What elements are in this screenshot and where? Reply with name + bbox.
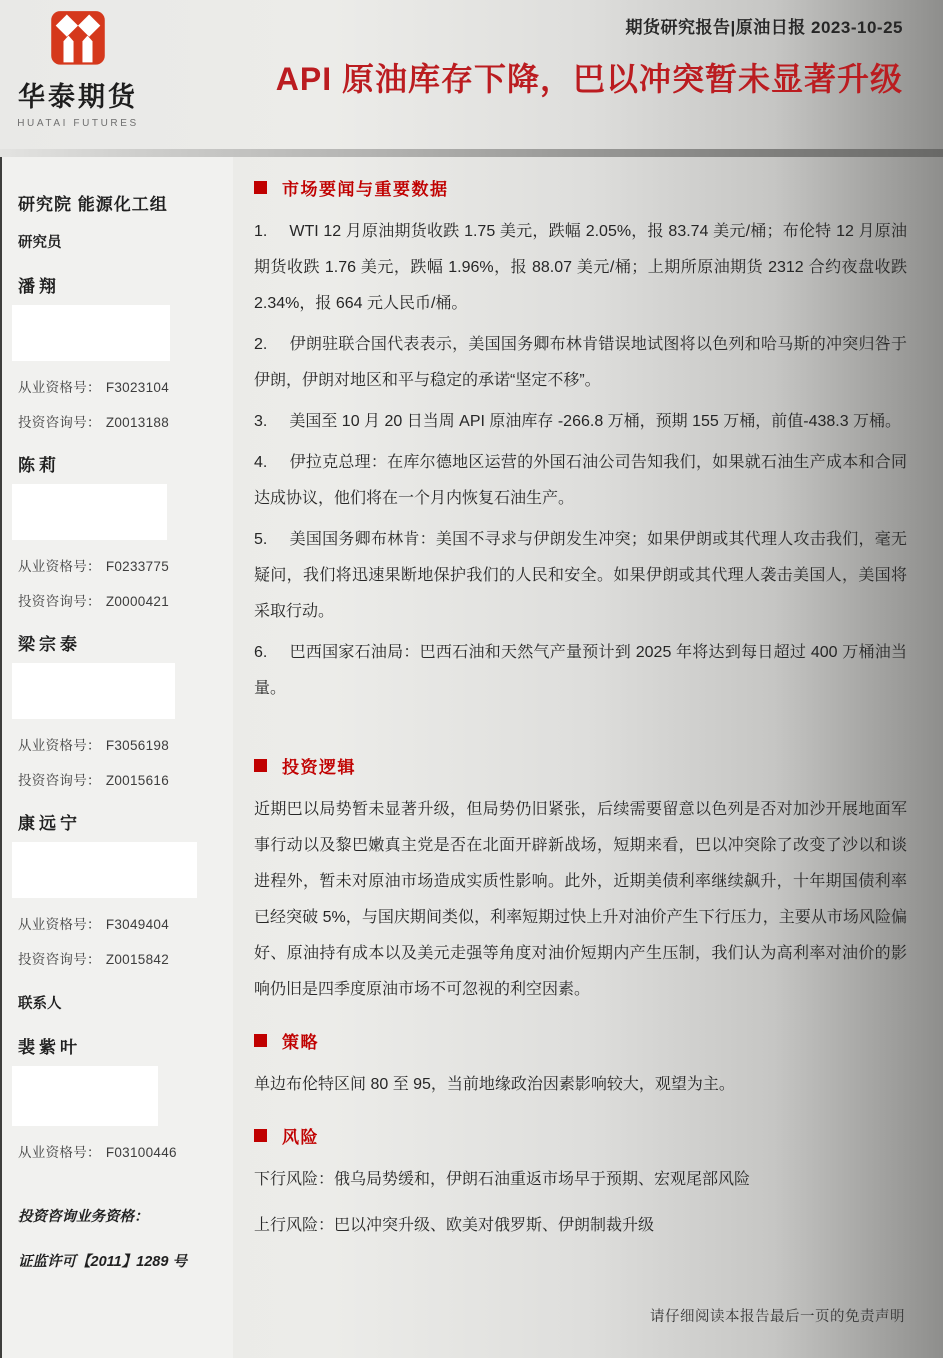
adv-label: 投资咨询号：: [18, 594, 101, 609]
cert-value: F3056198: [106, 738, 169, 753]
department-title: 研究院 能源化工组: [18, 190, 223, 215]
analyst-name: 潘翔: [18, 272, 223, 297]
downside-risk: 下行风险：俄乌局势缓和，伊朗石油重返市场早于预期、宏观尾部风险: [254, 1162, 907, 1198]
analyst-entry: 潘翔 从业资格号：F3023104 投资咨询号：Z0013188: [18, 272, 223, 431]
cert-label: 从业资格号：: [18, 917, 101, 932]
item-number: 6.: [254, 644, 289, 661]
qualification-title: 投资咨询业务资格：: [18, 1205, 223, 1226]
adv-value: Z0013188: [106, 415, 169, 430]
redacted-contact-box: [12, 484, 167, 540]
analyst-entry: 梁宗泰 从业资格号：F3056198 投资咨询号：Z0015616: [18, 630, 223, 789]
section-header: 风险: [254, 1123, 907, 1148]
section-title: 市场要闻与重要数据: [282, 175, 449, 200]
section-header: 投资逻辑: [254, 753, 907, 778]
role-researcher: 研究员: [18, 231, 223, 252]
section-market-news: 市场要闻与重要数据 1.WTI 12 月原油期货收跌 1.75 美元，跌幅 2.…: [254, 175, 907, 707]
analyst-entry: 康远宁 从业资格号：F3049404 投资咨询号：Z0015842: [18, 809, 223, 968]
strategy-paragraph: 单边布伦特区间 80 至 95，当前地缘政治因素影响较大，观望为主。: [254, 1067, 907, 1103]
analyst-name: 陈莉: [18, 451, 223, 476]
adv-value: Z0000421: [106, 594, 169, 609]
page-title: API 原油库存下降，巴以冲突暂未显著升级: [276, 54, 903, 100]
disclaimer-note: 请仔细阅读本报告最后一页的免责声明: [650, 1305, 905, 1326]
qualification-number: 证监许可【2011】1289 号: [18, 1250, 223, 1271]
item-text: WTI 12 月原油期货收跌 1.75 美元，跌幅 2.05%，报 83.74 …: [254, 223, 907, 312]
cert-label: 从业资格号：: [18, 559, 101, 574]
contact-entry: 裴紫叶 从业资格号：F03100446: [18, 1033, 223, 1161]
redacted-contact-box: [12, 1066, 158, 1126]
cert-row: 从业资格号：F3049404: [18, 913, 223, 933]
cert-row: 从业资格号：F3023104: [18, 376, 223, 396]
item-number: 5.: [254, 531, 289, 548]
report-page: 华泰期货 HUATAI FUTURES 期货研究报告|原油日报 2023-10-…: [0, 0, 943, 1358]
adv-label: 投资咨询号：: [18, 415, 101, 430]
item-number: 2.: [254, 336, 289, 353]
section-title: 策略: [282, 1028, 319, 1053]
item-text: 美国至 10 月 20 日当周 API 原油库存 -266.8 万桶，预期 15…: [289, 413, 901, 430]
cert-label: 从业资格号：: [18, 738, 101, 753]
section-header: 策略: [254, 1028, 907, 1053]
news-item: 1.WTI 12 月原油期货收跌 1.75 美元，跌幅 2.05%，报 83.7…: [254, 214, 907, 322]
huatai-logo-icon: [50, 10, 106, 68]
logo-name-en: HUATAI FUTURES: [16, 118, 140, 129]
adv-label: 投资咨询号：: [18, 952, 101, 967]
news-item: 2.伊朗驻联合国代表表示，美国国务卿布林肯错误地试图将以色列和哈马斯的冲突归咎于…: [254, 327, 907, 399]
cert-value: F0233775: [106, 559, 169, 574]
logo: 华泰期货 HUATAI FUTURES: [16, 10, 140, 129]
cert-label: 从业资格号：: [18, 1145, 101, 1160]
adv-row: 投资咨询号：Z0015616: [18, 769, 223, 789]
red-square-bullet-icon: [254, 759, 267, 772]
redacted-contact-box: [12, 663, 175, 719]
role-contact: 联系人: [18, 992, 223, 1013]
news-item: 5.美国国务卿布林肯：美国不寻求与伊朗发生冲突；如果伊朗或其代理人攻击我们，毫无…: [254, 522, 907, 630]
analyst-name: 康远宁: [18, 809, 223, 834]
adv-value: Z0015842: [106, 952, 169, 967]
news-item: 6.巴西国家石油局：巴西石油和天然气产量预计到 2025 年将达到每日超过 40…: [254, 635, 907, 707]
cert-value: F3023104: [106, 380, 169, 395]
item-text: 伊朗驻联合国代表表示，美国国务卿布林肯错误地试图将以色列和哈马斯的冲突归咎于伊朗…: [254, 336, 907, 389]
item-number: 4.: [254, 454, 289, 471]
logo-name-cn: 华泰期货: [16, 75, 140, 114]
cert-value: F3049404: [106, 917, 169, 932]
adv-row: 投资咨询号：Z0013188: [18, 411, 223, 431]
section-strategy: 策略 单边布伦特区间 80 至 95，当前地缘政治因素影响较大，观望为主。: [254, 1028, 907, 1103]
cert-label: 从业资格号：: [18, 380, 101, 395]
cert-row: 从业资格号：F3056198: [18, 734, 223, 754]
adv-row: 投资咨询号：Z0015842: [18, 948, 223, 968]
cert-row: 从业资格号：F0233775: [18, 555, 223, 575]
sidebar: 研究院 能源化工组 研究员 潘翔 从业资格号：F3023104 投资咨询号：Z0…: [2, 157, 233, 1358]
news-item: 4.伊拉克总理：在库尔德地区运营的外国石油公司告知我们，如果就石油生产成本和合同…: [254, 445, 907, 517]
analyst-name: 梁宗泰: [18, 630, 223, 655]
adv-row: 投资咨询号：Z0000421: [18, 590, 223, 610]
report-body: 市场要闻与重要数据 1.WTI 12 月原油期货收跌 1.75 美元，跌幅 2.…: [233, 157, 943, 1358]
adv-label: 投资咨询号：: [18, 773, 101, 788]
section-investment-logic: 投资逻辑 近期巴以局势暂未显著升级，但局势仍旧紧张，后续需要留意以色列是否对加沙…: [254, 753, 907, 1008]
upside-risk: 上行风险：巴以冲突升级、欧美对俄罗斯、伊朗制裁升级: [254, 1208, 907, 1244]
contact-name: 裴紫叶: [18, 1033, 223, 1058]
report-header: 华泰期货 HUATAI FUTURES 期货研究报告|原油日报 2023-10-…: [0, 0, 943, 149]
content: 研究院 能源化工组 研究员 潘翔 从业资格号：F3023104 投资咨询号：Z0…: [0, 157, 943, 1358]
redacted-contact-box: [12, 305, 170, 361]
report-type-date: 期货研究报告|原油日报 2023-10-25: [276, 13, 903, 38]
header-right: 期货研究报告|原油日报 2023-10-25 API 原油库存下降，巴以冲突暂未…: [276, 13, 903, 100]
item-text: 伊拉克总理：在库尔德地区运营的外国石油公司告知我们，如果就石油生产成本和合同达成…: [254, 454, 907, 507]
logic-paragraph: 近期巴以局势暂未显著升级，但局势仍旧紧张，后续需要留意以色列是否对加沙开展地面军…: [254, 792, 907, 1008]
item-text: 美国国务卿布林肯：美国不寻求与伊朗发生冲突；如果伊朗或其代理人攻击我们，毫无疑问…: [254, 531, 907, 620]
analyst-entry: 陈莉 从业资格号：F0233775 投资咨询号：Z0000421: [18, 451, 223, 610]
red-square-bullet-icon: [254, 181, 267, 194]
red-square-bullet-icon: [254, 1034, 267, 1047]
section-risk: 风险 下行风险：俄乌局势缓和，伊朗石油重返市场早于预期、宏观尾部风险 上行风险：…: [254, 1123, 907, 1244]
cert-value: F03100446: [106, 1145, 177, 1160]
section-title: 风险: [282, 1123, 319, 1148]
redacted-contact-box: [12, 842, 197, 898]
adv-value: Z0015616: [106, 773, 169, 788]
section-title: 投资逻辑: [282, 753, 356, 778]
section-header: 市场要闻与重要数据: [254, 175, 907, 200]
cert-row: 从业资格号：F03100446: [18, 1141, 223, 1161]
item-text: 巴西国家石油局：巴西石油和天然气产量预计到 2025 年将达到每日超过 400 …: [254, 644, 907, 697]
item-number: 1.: [254, 223, 289, 240]
item-number: 3.: [254, 413, 289, 430]
news-item: 3.美国至 10 月 20 日当周 API 原油库存 -266.8 万桶，预期 …: [254, 404, 907, 440]
red-square-bullet-icon: [254, 1129, 267, 1142]
header-divider: [0, 149, 943, 157]
